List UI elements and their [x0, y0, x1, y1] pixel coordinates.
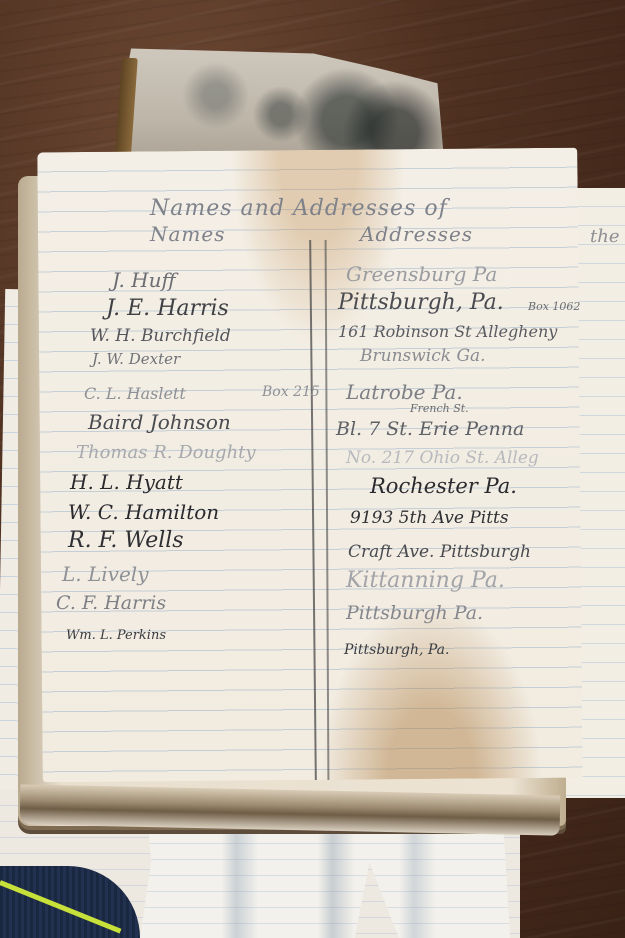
- name-entry: C. F. Harris: [56, 592, 166, 614]
- address-entry: 161 Robinson St Allegheny: [338, 322, 557, 341]
- address-entry: No. 217 Ohio St. Alleg: [346, 448, 539, 468]
- address-entry: Pittsburgh, Pa.: [338, 290, 504, 315]
- name-entry: R. F. Wells: [68, 528, 184, 553]
- names-heading: Names: [150, 222, 226, 246]
- name-entry: Wm. L. Perkins: [66, 628, 166, 643]
- address-note: Box 1062: [528, 300, 580, 313]
- address-entry: Brunswick Ga.: [360, 346, 486, 366]
- name-entry: J. W. Dexter: [92, 350, 180, 368]
- address-note: French St.: [410, 402, 469, 415]
- address-entry: Pittsburgh Pa.: [346, 602, 483, 624]
- address-entry: Pittsburgh, Pa.: [344, 642, 449, 658]
- name-entry: W. C. Hamilton: [68, 500, 219, 524]
- name-note: Box 215: [262, 384, 320, 400]
- name-entry: J. Huff: [112, 268, 176, 292]
- addresses-heading: Addresses: [360, 222, 473, 246]
- photo-scene: the Names and Addresses of Names Address…: [0, 0, 625, 938]
- address-entry: Greensburg Pa: [346, 262, 497, 286]
- name-entry: L. Lively: [62, 562, 149, 586]
- address-entry: Latrobe Pa.: [346, 380, 463, 404]
- name-entry: C. L. Haslett: [84, 384, 186, 403]
- page-title-line: Names and Addresses of: [150, 196, 448, 221]
- right-page-partial-text: the: [590, 226, 619, 247]
- name-entry: J. E. Harris: [106, 296, 229, 321]
- address-entry: Kittanning Pa.: [346, 568, 505, 593]
- address-entry: Craft Ave. Pittsburgh: [348, 542, 531, 562]
- address-entry: 9193 5th Ave Pitts: [350, 508, 509, 528]
- name-entry: H. L. Hyatt: [70, 470, 183, 494]
- name-entry: Thomas R. Doughty: [76, 442, 256, 463]
- address-entry: Bl. 7 St. Erie Penna: [336, 418, 524, 440]
- name-entry: W. H. Burchfield: [90, 326, 231, 346]
- name-entry: Baird Johnson: [88, 410, 231, 434]
- address-entry: Rochester Pa.: [370, 474, 517, 498]
